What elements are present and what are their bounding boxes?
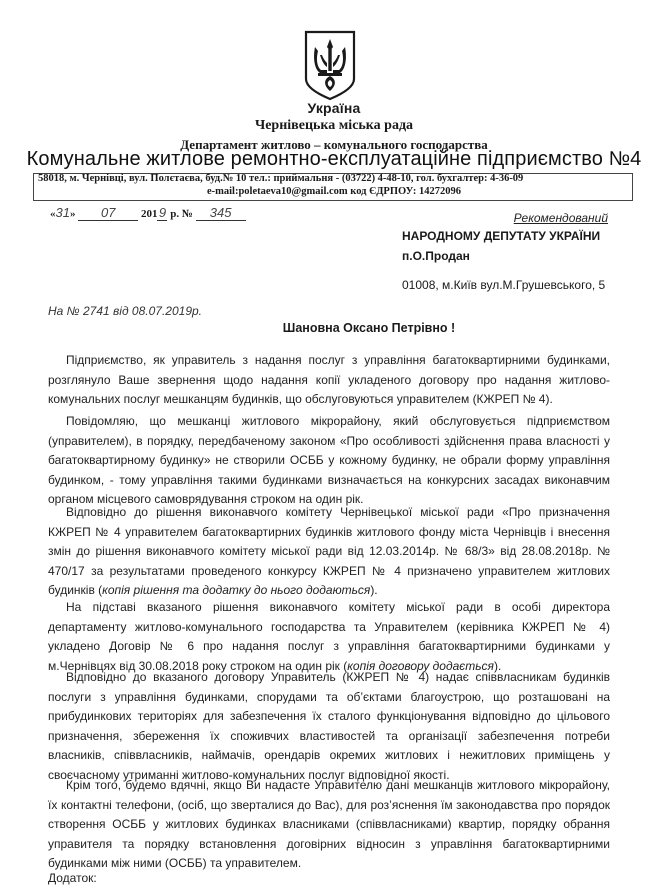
registration-year-label: р.	[170, 208, 179, 220]
paragraph-request-review: Підприємство, як управитель з надання по…	[48, 351, 610, 410]
paragraph-committee-decision: Відповідно до рішення виконавчого коміте…	[48, 503, 610, 601]
paragraph-contract: На підставі вказаного рішення виконавчог…	[48, 598, 610, 676]
reference-number: На № 2741 від 08.07.2019р.	[48, 304, 202, 318]
contact-line-address: 58018, м. Чернівці, вул. Полєтаєва, буд.…	[38, 173, 523, 184]
registration-number-label: №	[182, 208, 193, 220]
paragraph-request-data: Крім того, будемо вдячні, якщо Ви надаст…	[48, 776, 610, 874]
contact-line-email: e-mail:poletaeva10@gmail.com код ЄДРПОУ:…	[0, 186, 668, 197]
letterhead-country: Україна	[0, 100, 668, 116]
addressee-title: НАРОДНОМУ ДЕПУТАТУ УКРАЇНИ	[402, 229, 600, 243]
paragraph-italic-note: копія рішення та додатку до нього додают…	[102, 583, 370, 597]
addressee-name: п.О.Продан	[402, 249, 470, 263]
paragraph-text: На підставі вказаного рішення виконавчог…	[48, 600, 610, 673]
addressee-address: 01008, м.Київ вул.М.Грушевського, 5	[402, 278, 605, 292]
registration-close-quote: »	[70, 208, 76, 220]
registration-year-suffix: 9	[157, 205, 167, 221]
trident-coat-of-arms-icon	[303, 29, 357, 101]
attachment-label: Додаток:	[48, 871, 97, 885]
letterhead-enterprise: Комунальне житлове ремонтно-експлуатацій…	[0, 148, 668, 171]
paragraph-services: Відповідно до вказаного договору Управит…	[48, 668, 610, 785]
registration-month: 07	[78, 205, 138, 221]
registration-year-prefix: 201	[141, 208, 158, 220]
paragraph-end: ).	[370, 583, 377, 597]
registration-number: 345	[196, 205, 246, 221]
mail-mark-recommended: Рекомендований	[480, 211, 608, 225]
salutation: Шановна Оксано Петрівно !	[0, 321, 668, 335]
registration-line: «31» 07 2019 р. № 345	[50, 205, 246, 221]
registration-day: 31	[56, 205, 70, 220]
letterhead-council: Чернівецька міська рада	[0, 118, 668, 134]
paragraph-management-info: Повідомляю, що мешканці житлового мікрор…	[48, 412, 610, 510]
